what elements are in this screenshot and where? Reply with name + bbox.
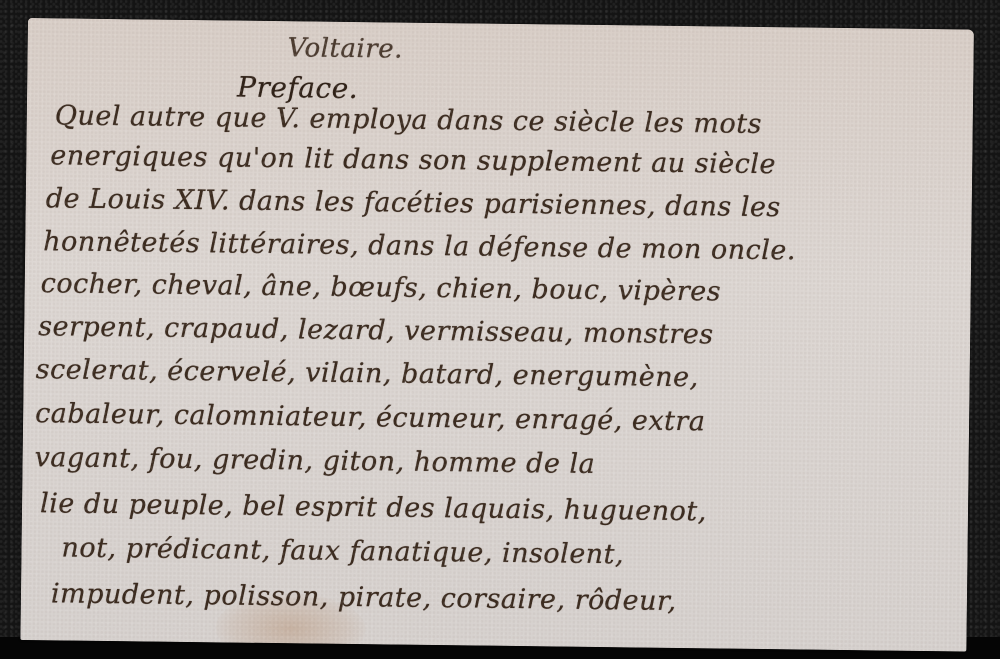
text-line: scelerat, écervelé, vilain, batard, ener… (36, 354, 699, 393)
heading: Preface. (237, 71, 358, 105)
text-line: honnêtetés littéraires, dans la défense … (43, 226, 796, 266)
text-line: Quel autre que V. employa dans ce siècle… (55, 100, 763, 140)
text-line: not, prédicant, faux fanatique, insolent… (61, 532, 624, 570)
manuscript-card: Voltaire. Preface. Quel autre que V. emp… (20, 18, 974, 652)
text-line: impudent, polisson, pirate, corsaire, rô… (51, 578, 677, 617)
text-line: lie du peuple, bel esprit des laquais, h… (40, 488, 707, 527)
author-label: Voltaire. (287, 33, 403, 64)
text-line: de Louis XIV. dans les facéties parisien… (46, 183, 781, 223)
text-line: vagant, fou, gredin, giton, homme de la (34, 442, 595, 480)
text-line: energiques qu'on lit dans son supplement… (50, 140, 776, 180)
text-line: cocher, cheval, âne, bœufs, chien, bouc,… (41, 268, 722, 307)
text-line: cabaleur, calomniateur, écumeur, enragé,… (35, 398, 706, 437)
text-line: serpent, crapaud, lezard, vermisseau, mo… (38, 311, 714, 350)
